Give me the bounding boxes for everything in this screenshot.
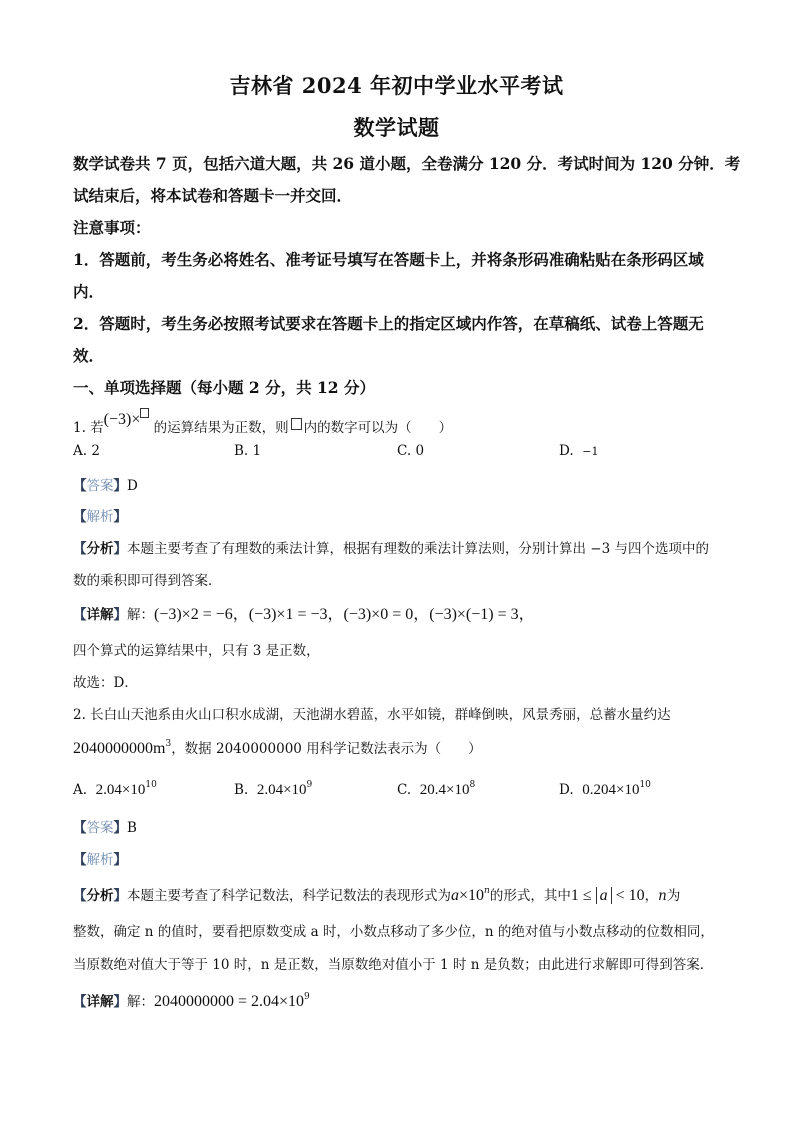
q2-answer-value: B [127, 820, 137, 836]
question-1-prefix: 1. 若 [73, 420, 104, 436]
notice-2-line-2: 效． [73, 344, 104, 366]
blank-box-icon [140, 408, 149, 418]
exam-title: 吉林省 2024 年初中学业水平考试 [0, 70, 793, 100]
exam-page: 吉林省 2024 年初中学业水平考试 数学试题 数学试卷共 7 页，包括六道大题… [0, 0, 793, 1122]
q2-option-c: C. 20.4×108 [397, 780, 475, 799]
question-1-suffix: 内的数字可以为（ ） [304, 420, 453, 436]
notice-title: 注意事项： [73, 216, 151, 238]
q1-option-a: A. 2 [73, 443, 100, 459]
answer-label: 答案 [87, 478, 114, 494]
notice-1-line-2: 内． [73, 280, 104, 302]
q1-detail-line-1: 【详解】解：(−3)×2 = −6，(−3)×1 = −3，(−3)×0 = 0… [73, 601, 535, 624]
q1-detail-line-2: 四个算式的运算结果中，只有 3 是正数， [73, 639, 320, 659]
q1-answer: 【答案】D [73, 474, 138, 494]
section-title: 一、单项选择题（每小题 2 分，共 12 分） [73, 376, 375, 398]
q1-analysis-line-1: 【分析】本题主要考查了有理数的乘法计算，根据有理数的乘法计算法则，分别计算出 −… [73, 537, 709, 557]
q1-analysis-heading: 【解析】 [73, 505, 127, 525]
q2-option-d: D. 0.204×1010 [559, 780, 651, 799]
q1-answer-value: D [127, 478, 138, 494]
question-1: 1. 若(−3)× 的运算结果为正数，则内的数字可以为（ ） [73, 408, 452, 436]
q2-detail: 【详解】解：2040000000 = 2.04×109 [73, 990, 310, 1011]
q1-detail-line-3: 故选：D． [73, 671, 138, 691]
question-2-line-1: 2. 长白山天池系由火山口积水成湖，天池湖水碧蓝，水平如镜，群峰倒映，风景秀丽，… [73, 703, 671, 723]
question-1-expression: (−3)× [104, 411, 150, 428]
q1-option-b: B. 1 [234, 443, 261, 459]
exam-subtitle: 数学试题 [0, 112, 793, 142]
question-1-mid: 的运算结果为正数，则 [154, 420, 289, 436]
q2-option-a: A. 2.04×1010 [73, 780, 157, 799]
intro-line-1: 数学试卷共 7 页，包括六道大题，共 26 道小题，全卷满分 120 分．考试时… [73, 152, 740, 174]
q2-option-b: B. 2.04×109 [234, 780, 312, 799]
q2-analysis-heading: 【解析】 [73, 848, 127, 868]
question-2-line-2: 2040000000m3，数据 2040000000 用科学记数法表示为（ ） [73, 737, 482, 758]
q1-option-c: C. 0 [397, 443, 424, 459]
q2-analysis-line-3: 当原数绝对值大于等于 10 时，n 是正数，当原数绝对值小于 1 时 n 是负数… [73, 953, 713, 973]
blank-box-icon [291, 418, 302, 430]
q1-detail-equations: (−3)×2 = −6，(−3)×1 = −3，(−3)×0 = 0，(−3)×… [154, 606, 535, 623]
q1-analysis-line-2: 数的乘积即可得到答案． [73, 569, 222, 589]
q2-analysis-line-1: 【分析】本题主要考查了科学记数法，科学记数法的表现形式为a×10n的形式，其中1… [73, 884, 680, 905]
notice-2-line-1: 2．答题时，考生务必按照考试要求在答题卡上的指定区域内作答，在草稿纸、试卷上答题… [73, 312, 704, 334]
notice-1-line-1: 1．答题前，考生务必将姓名、准考证号填写在答题卡上，并将条形码准确粘贴在条形码区… [73, 248, 704, 270]
q2-analysis-line-2: 整数，确定 n 的值时，要看把原数变成 a 时，小数点移动了多少位，n 的绝对值… [73, 920, 714, 940]
intro-line-2: 试结束后，将本试卷和答题卡一并交回． [73, 184, 352, 206]
q1-option-d: D. −1 [559, 443, 598, 459]
q2-answer: 【答案】B [73, 816, 137, 836]
